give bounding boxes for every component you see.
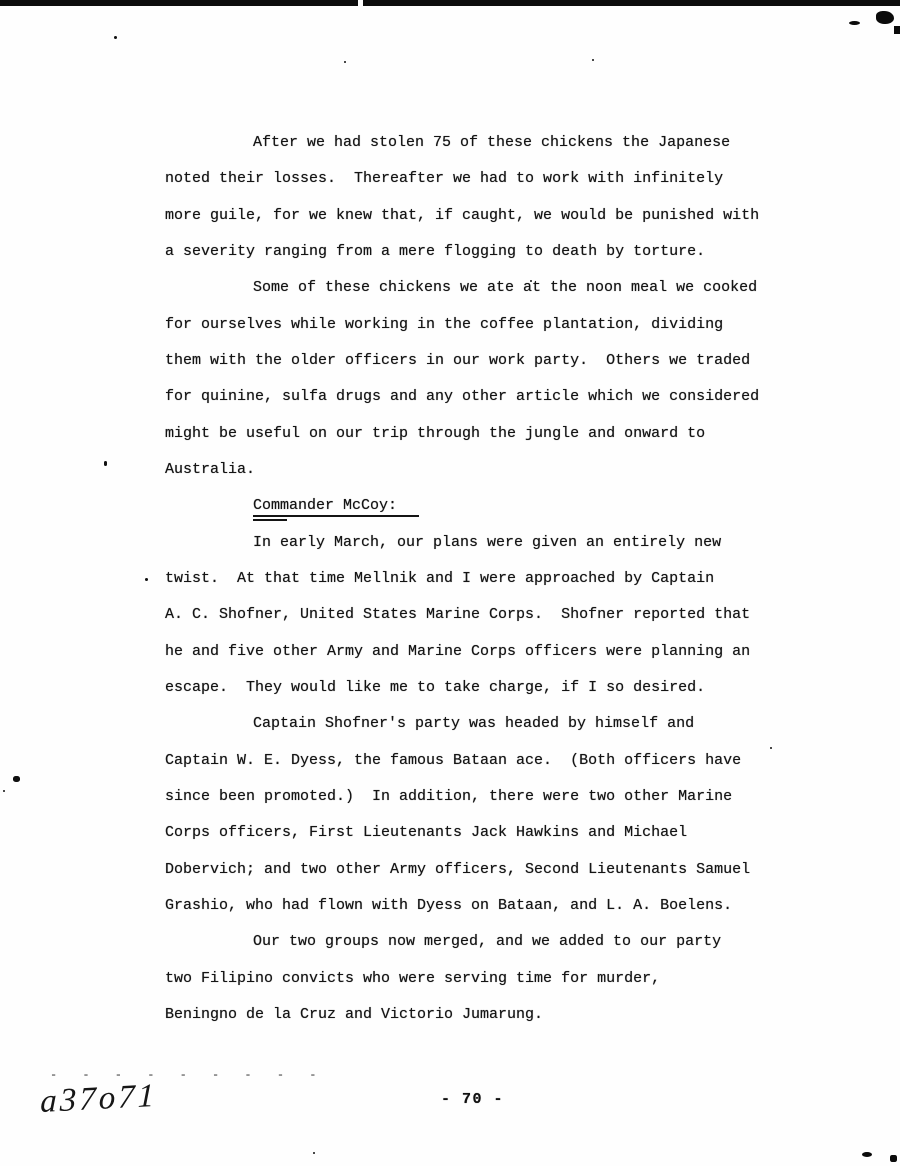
scan-speckle (145, 578, 148, 581)
text-line: them with the older officers in our work… (165, 343, 875, 379)
text-line: Our two groups now merged, and we added … (165, 924, 875, 960)
text-line: might be useful on our trip through the … (165, 416, 875, 452)
text-line: Captain Shofner's party was headed by hi… (165, 706, 875, 742)
text-line: a severity ranging from a mere flogging … (165, 234, 875, 270)
scan-speckle (313, 1152, 315, 1154)
text-line: since been promoted.) In addition, there… (165, 779, 875, 815)
scan-blotch-top-right-small (849, 21, 860, 25)
scan-dash-marks: - - - - - - - - - (50, 1068, 270, 1082)
scan-underline-dash (253, 519, 287, 521)
text-line: more guile, for we knew that, if caught,… (165, 198, 875, 234)
text-line: for ourselves while working in the coffe… (165, 307, 875, 343)
scan-speckle (3, 790, 5, 792)
scan-blotch-top-right (876, 11, 894, 24)
scan-speckle-bottom-right (890, 1155, 897, 1162)
scan-speckle-bottom-right (862, 1152, 872, 1157)
text-line: twist. At that time Mellnik and I were a… (165, 561, 875, 597)
scan-speckle (13, 776, 20, 782)
section-heading: Commander McCoy: (165, 488, 875, 524)
text-line: Australia. (165, 452, 875, 488)
text-line: Beningno de la Cruz and Victorio Jumarun… (165, 997, 875, 1033)
scan-speckle (592, 59, 594, 61)
scan-speckle (104, 461, 107, 466)
scan-speckle (114, 36, 117, 39)
document-text: After we had stolen 75 of these chickens… (165, 125, 875, 1033)
text-line: two Filipino convicts who were serving t… (165, 961, 875, 997)
text-line: Some of these chickens we ate at the noo… (165, 270, 875, 306)
section-heading-text: Commander McCoy: (253, 497, 419, 517)
text-line: Grashio, who had flown with Dyess on Bat… (165, 888, 875, 924)
scan-blotch-edge (894, 26, 900, 34)
text-line: he and five other Army and Marine Corps … (165, 634, 875, 670)
text-line: A. C. Shofner, United States Marine Corp… (165, 597, 875, 633)
handwritten-annotation: a37o71 (40, 1078, 157, 1121)
text-line: Dobervich; and two other Army officers, … (165, 852, 875, 888)
text-line: Corps officers, First Lieutenants Jack H… (165, 815, 875, 851)
text-line: for quinine, sulfa drugs and any other a… (165, 379, 875, 415)
text-line: Captain W. E. Dyess, the famous Bataan a… (165, 743, 875, 779)
text-line: noted their losses. Thereafter we had to… (165, 161, 875, 197)
text-line: escape. They would like me to take charg… (165, 670, 875, 706)
text-line: After we had stolen 75 of these chickens… (165, 125, 875, 161)
page-number: - 70 - (441, 1091, 504, 1108)
scan-artifact-notch (358, 0, 363, 6)
scan-artifact-top-bar (0, 0, 900, 6)
scan-speckle (344, 61, 346, 63)
text-line: In early March, our plans were given an … (165, 525, 875, 561)
scanned-document-page: After we had stolen 75 of these chickens… (0, 0, 900, 1166)
